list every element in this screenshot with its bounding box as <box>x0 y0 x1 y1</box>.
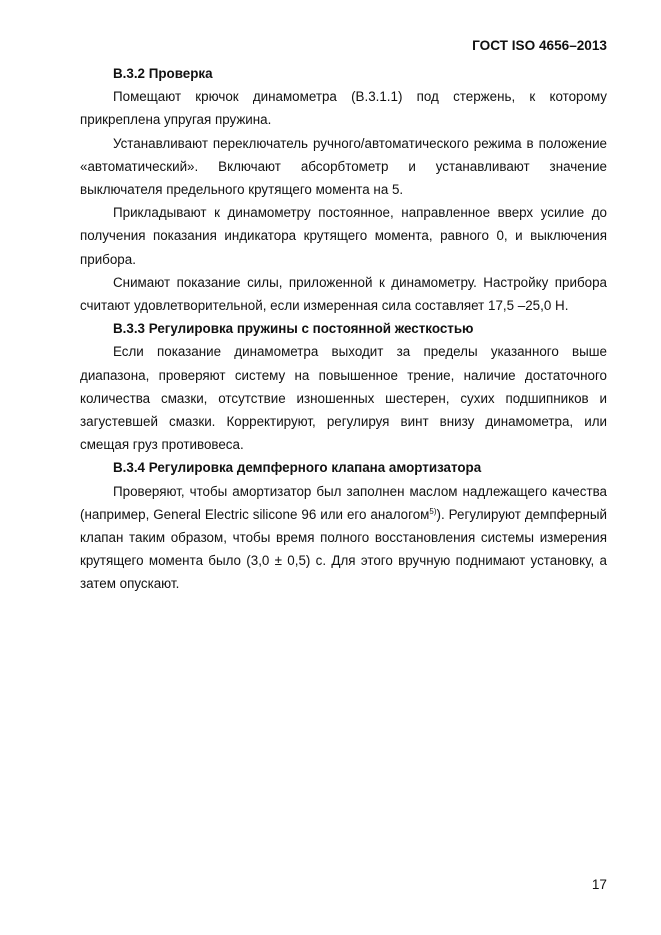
footnote-ref: 5) <box>429 507 436 516</box>
document-id-header: ГОСТ ISO 4656–2013 <box>472 38 607 53</box>
paragraph: Устанавливают переключатель ручного/авто… <box>80 132 607 202</box>
section-heading-b33: В.3.3 Регулировка пружины с постоянной ж… <box>80 317 607 340</box>
section-heading-b34: В.3.4 Регулировка демпферного клапана ам… <box>80 456 607 479</box>
paragraph: Если показание динамометра выходит за пр… <box>80 340 607 456</box>
page-body: В.3.2 Проверка Помещают крючок динамомет… <box>80 62 607 596</box>
paragraph: Снимают показание силы, приложенной к ди… <box>80 271 607 317</box>
section-heading-b32: В.3.2 Проверка <box>80 62 607 85</box>
paragraph: Прикладывают к динамометру постоянное, н… <box>80 201 607 271</box>
paragraph: Проверяют, чтобы амортизатор был заполне… <box>80 480 607 596</box>
page-number: 17 <box>592 877 607 892</box>
paragraph: Помещают крючок динамометра (В.3.1.1) по… <box>80 85 607 131</box>
